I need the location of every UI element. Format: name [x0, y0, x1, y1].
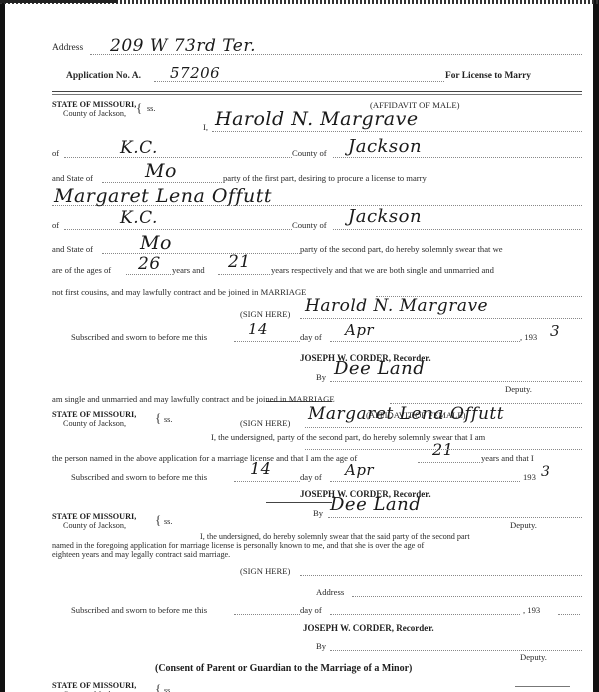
deputy-signature: Dee Land — [334, 358, 425, 379]
groom-name: Harold N. Margrave — [215, 108, 419, 130]
year-suffix: 3 — [550, 322, 560, 340]
by-label: By — [316, 641, 326, 651]
brace-icon: { — [155, 512, 161, 528]
bride-county-line — [333, 229, 582, 230]
year-prefix-text: 193 — [527, 605, 540, 615]
ages-prefix: are of the ages of — [52, 265, 111, 275]
brace-icon: { — [155, 681, 161, 692]
signature-line-2 — [305, 449, 582, 450]
deputy-line — [328, 517, 582, 518]
bride-of-label: of — [52, 220, 59, 230]
bride-state-line — [102, 253, 300, 254]
address-label: Address — [316, 587, 344, 597]
signature-line — [300, 318, 582, 319]
address-label: Address — [52, 43, 83, 53]
day-line — [234, 341, 300, 342]
day-of-label: day of — [300, 472, 322, 482]
age-male: 26 — [138, 254, 161, 274]
address-value: 209 W 73rd Ter. — [110, 36, 256, 56]
name-line — [212, 131, 582, 132]
deputy-label: Deputy. — [505, 384, 532, 394]
signature-line — [305, 427, 582, 428]
day-of-label: day of — [300, 605, 322, 615]
bride-city: K.C. — [120, 208, 158, 228]
bride-of-line — [64, 229, 292, 230]
witness-address-field[interactable] — [352, 596, 582, 597]
witness-line-3: eighteen years and may legally contract … — [52, 550, 230, 559]
scan-top-edge — [0, 0, 118, 3]
witness-year-field[interactable] — [558, 614, 580, 615]
groom-signature: Harold N. Margrave — [305, 296, 488, 316]
ss-label: ss. — [164, 415, 172, 424]
cousins-text: not first cousins, and may lawfully cont… — [52, 287, 306, 297]
county-line — [333, 157, 582, 158]
month-line — [330, 481, 520, 482]
witness-signature-field[interactable] — [300, 575, 582, 576]
bride-name: Margaret Lena Offutt — [54, 185, 272, 207]
state-of-label: and State of — [52, 173, 93, 183]
oath-line-2-suffix: years and that I — [481, 453, 534, 463]
license-label: For License to Marry — [445, 71, 531, 81]
header-rule-2 — [52, 94, 582, 95]
state-label: STATE OF MISSOURI, — [52, 681, 136, 690]
brace-icon: { — [155, 410, 161, 426]
bride-county: Jackson — [348, 206, 422, 227]
bride-signature: Margaret Lena Offutt — [308, 404, 504, 424]
witness-day-field[interactable] — [234, 614, 300, 615]
ss-label: ss. — [147, 104, 155, 113]
second-party-text: party of the second part, do hereby sole… — [300, 244, 503, 254]
of-line — [64, 157, 292, 158]
day-line — [234, 481, 300, 482]
by-label: By — [313, 508, 323, 518]
of-label: of — [52, 148, 59, 158]
sworn-month: Apr — [345, 461, 374, 479]
county-label: County of Jackson, — [63, 521, 126, 530]
ss-label: ss. — [164, 517, 172, 526]
ages-suffix: years respectively and that we are both … — [271, 265, 494, 275]
county-of-label: County of — [292, 148, 327, 158]
year-prefix: , 193 — [520, 332, 537, 342]
year-prefix: 193 — [523, 472, 536, 482]
by-label: By — [316, 372, 326, 382]
deputy-line — [330, 381, 582, 382]
age-female: 21 — [228, 252, 251, 272]
deputy-label: Deputy. — [510, 520, 537, 530]
day-of-label: day of — [300, 332, 322, 342]
recorder-name: JOSEPH W. CORDER, Recorder. — [303, 623, 434, 633]
age-female-line — [218, 274, 270, 275]
header-rule — [52, 91, 582, 92]
year-prefix: , 193 — [523, 605, 540, 615]
sign-here-label: (SIGN HERE) — [240, 418, 290, 428]
sworn-label: Subscribed and sworn to before me this — [71, 605, 207, 615]
scan-mark — [515, 686, 570, 687]
sworn-label: Subscribed and sworn to before me this — [71, 472, 207, 482]
scan-left-border — [0, 0, 5, 692]
ages-mid: years and — [172, 265, 205, 275]
deputy-signature: Dee Land — [330, 494, 421, 515]
state-label: STATE OF MISSOURI, — [52, 100, 136, 109]
section-divider-2 — [266, 502, 332, 503]
bride-county-label: County of — [292, 220, 327, 230]
state-line — [102, 182, 222, 183]
state-label: STATE OF MISSOURI, — [52, 512, 136, 521]
application-label: Application No. A. — [66, 71, 141, 81]
groom-state: Mo — [145, 160, 177, 182]
deputy-label: Deputy. — [520, 652, 547, 662]
age-line — [418, 462, 480, 463]
oath-line-3: am single and unmarried and may lawfully… — [52, 394, 335, 404]
application-number: 57206 — [170, 64, 220, 82]
ss-label: ss. — [164, 686, 172, 692]
year-suffix: 3 — [541, 464, 550, 480]
witness-line-1: I, the undersigned, do hereby solemnly s… — [200, 532, 470, 541]
i-label: I, — [203, 122, 208, 132]
bride-state: Mo — [140, 232, 172, 254]
witness-line-2: named in the foregoing application for m… — [52, 541, 424, 550]
sworn-label: Subscribed and sworn to before me this — [71, 332, 207, 342]
sign-here-label: (SIGN HERE) — [240, 309, 290, 319]
county-label: County of Jackson, — [63, 109, 126, 118]
sign-here-label: (SIGN HERE) — [240, 566, 290, 576]
bride-state-label: and State of — [52, 244, 93, 254]
groom-city: K.C. — [120, 138, 158, 158]
state-label: STATE OF MISSOURI, — [52, 410, 136, 419]
first-party-text: party of the first part, desiring to pro… — [223, 173, 427, 183]
scan-right-border — [593, 0, 599, 692]
county-label: County of Jackson, — [63, 419, 126, 428]
witness-deputy-field[interactable] — [330, 650, 582, 651]
month-line — [330, 341, 520, 342]
sworn-day: 14 — [248, 320, 268, 338]
groom-county: Jackson — [348, 136, 422, 157]
sworn-month: Apr — [345, 321, 374, 339]
sworn-day: 14 — [250, 459, 271, 478]
consent-title: (Consent of Parent or Guardian to the Ma… — [155, 663, 412, 674]
brace-icon: { — [136, 100, 142, 116]
year-prefix-text: 193 — [524, 332, 537, 342]
oath-line-2: the person named in the above applicatio… — [52, 453, 357, 463]
witness-month-field[interactable] — [330, 614, 520, 615]
age-male-line — [126, 274, 171, 275]
